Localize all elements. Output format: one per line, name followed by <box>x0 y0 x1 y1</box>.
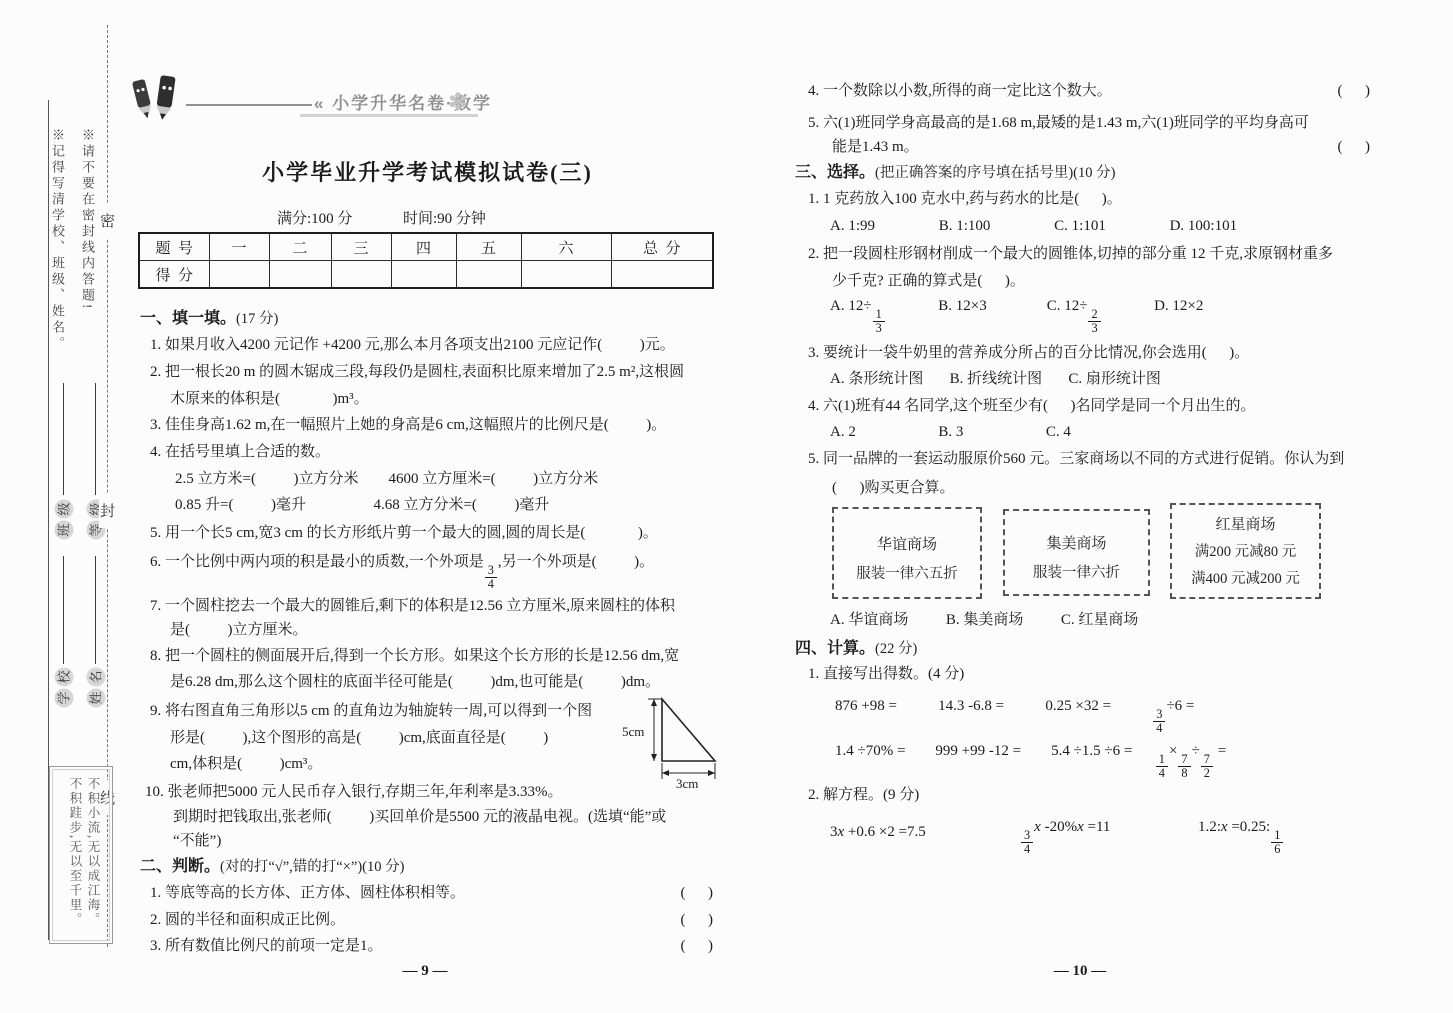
fill-q1: 1. 如果月收入4200 元记作 +4200 元,那么本月各项支出2100 元应… <box>150 336 675 355</box>
judge-q5-paren: ( ) <box>1338 138 1371 157</box>
choice-q5-line1: 5. 同一品牌的一套运动服原价560 元。三家商场以不同的方式进行促销。你认为到 <box>808 450 1344 469</box>
shop-jimei-offer: 服装一律六折 <box>1005 561 1148 582</box>
score-row-label: 得 分 <box>139 261 209 289</box>
motto-text: 不积小流,无以成江海。 不积跬步,无以至千里。 <box>50 767 112 943</box>
fill-q7-line2: 是( )立方厘米。 <box>170 621 308 640</box>
judge-q4: 4. 一个数除以小数,所得的商一定比这个数大。( ) <box>808 82 1370 101</box>
choice-q2-line1: 2. 把一段圆柱形钢材削成一个最大的圆锥体,切掉的部分重 12 千克,求原钢材重… <box>808 245 1333 264</box>
figure-height-label: 5cm <box>622 724 644 739</box>
fill-q5: 5. 用一个长5 cm,宽3 cm 的长方形纸片剪一个最大的圆,圆的周长是( )… <box>150 524 658 543</box>
seal-char-mi: 密 <box>99 203 116 238</box>
judge-q3-text: 3. 所有数值比例尺的前项一定是1。 <box>150 937 383 956</box>
shop-coupon-jimei: 集美商场 服装一律六折 <box>1003 509 1150 596</box>
equation-3: 1.2:x =0.25:16 <box>1198 818 1284 856</box>
fill-q9-line1: 9. 将右图直角三角形以5 cm 的直角边为轴旋转一周,可以得到一个图 <box>150 702 592 721</box>
score-col-total: 总 分 <box>611 233 713 261</box>
section2-title: 二、判断。 <box>140 858 220 875</box>
duration-text: 时间:90 分钟 <box>403 210 486 229</box>
fill-q10-line1: 10. 张老师把5000 元人民币存入银行,存期三年,年利率是3.33%。 <box>145 783 563 802</box>
name-fill-line <box>95 556 96 664</box>
fill-q3: 3. 佳佳身高1.62 m,在一幅照片上她的身高是6 cm,这幅照片的比例尺是(… <box>150 416 666 435</box>
section3-title: 三、选择。 <box>795 164 875 181</box>
motto-box: 不积小流,无以成江海。 不积跬步,无以至千里。 <box>49 766 113 944</box>
exam-paper-scan: ※请不要在密封线内答题! ※记得写清学校、班级、姓名。 班级 等级 学校 姓名 … <box>0 0 1453 1013</box>
section2-note: (对的打“√”,错的打“×”)(10 分) <box>220 859 404 875</box>
choice-q2-options: A. 12÷13 B. 12×3 C. 12÷23 D. 12×2 <box>830 297 1203 335</box>
score-col-1: 一 <box>209 233 269 261</box>
name-label: 姓名 <box>87 667 106 709</box>
equation-1: 3x +0.6 ×2 =7.5 <box>830 823 926 842</box>
section1-title: 一、填一填。 <box>140 310 236 327</box>
school-fill-line <box>63 556 64 664</box>
school-label: 学校 <box>55 667 74 709</box>
choice-q5-line2: ( )购买更合算。 <box>832 479 955 498</box>
header-rule-dark <box>186 104 312 106</box>
shop-coupon-hongxing: 红星商场 满200 元减80 元 满400 元减200 元 <box>1170 503 1321 599</box>
fill-q10-line2: 到期时把钱取出,张老师( )买回单价是5500 元的液晶电视。(选填“能”或 <box>173 808 666 827</box>
choice-q1: 1. 1 克药放入100 克水中,药与药水的比是( )。 <box>808 190 1122 209</box>
judge-q5-text: 能是1.43 m。 <box>832 138 919 157</box>
shop-hongxing-offer-2: 满400 元减200 元 <box>1172 567 1319 588</box>
solve-equation-heading: 2. 解方程。(9 分) <box>808 786 919 805</box>
fill-q10-line3: “不能”) <box>173 832 221 851</box>
motto-line-2: 不积跬步,无以至千里。 <box>66 777 84 933</box>
section2-heading: 二、判断。(对的打“√”,错的打“×”)(10 分) <box>140 857 404 877</box>
shop-hongxing-offer-1: 满200 元减80 元 <box>1172 540 1319 561</box>
choice-q3: 3. 要统计一袋牛奶里的营养成分所占的百分比情况,你会选用( )。 <box>808 344 1249 363</box>
section3-note: (把正确答案的序号填在括号里)(10 分) <box>875 165 1115 181</box>
figure-base-label: 3cm <box>676 776 698 791</box>
page-number-9: — 9 — <box>140 962 710 981</box>
section4-points: (22 分) <box>875 641 917 657</box>
score-cell <box>209 261 269 289</box>
fill-q7-line1: 7. 一个圆柱挖去一个最大的圆锥后,剩下的体积是12.56 立方厘米,原来圆柱的… <box>150 597 675 616</box>
section4-title: 四、计算。 <box>795 640 875 657</box>
score-col-2: 二 <box>269 233 331 261</box>
choice-q4: 4. 六(1)班有44 名同学,这个班至少有( )名同学是同一个月出生的。 <box>808 397 1255 416</box>
flower-decoration-icon: ✽ <box>448 88 468 117</box>
fill-q8-line1: 8. 把一个圆柱的侧面展开后,得到一个长方形。如果这个长方形的长是12.56 d… <box>150 647 679 666</box>
judge-q1-text: 1. 等底等高的长方体、正方体、圆柱体积相等。 <box>150 884 465 903</box>
fill-q4: 4. 在括号里填上合适的数。 <box>150 443 330 462</box>
score-cell <box>391 261 456 289</box>
calc-direct-row2: 1.4 ÷70% = 999 +99 -12 = 5.4 ÷1.5 ÷6 = 1… <box>835 742 1226 780</box>
score-col-3: 三 <box>331 233 391 261</box>
section1-heading: 一、填一填。(17 分) <box>140 309 278 329</box>
fill-q2-line1: 2. 把一根长20 m 的圆木锯成三段,每段仍是圆柱,表面积比原来增加了2.5 … <box>150 363 684 382</box>
shop-huayi-offer: 服装一律六五折 <box>834 562 980 583</box>
score-col-label: 题 号 <box>139 233 209 261</box>
judge-q3-paren: ( ) <box>681 937 714 956</box>
section4-heading: 四、计算。(22 分) <box>795 639 917 659</box>
full-score-text: 满分:100 分 <box>277 210 352 229</box>
score-table-header-row: 题 号 一 二 三 四 五 六 总 分 <box>139 233 713 261</box>
fill-q4-conversions-2: 0.85 升=( )毫升 4.68 立方分米=( )毫升 <box>175 496 549 515</box>
judge-q5-line1: 5. 六(1)班同学身高最高的是1.68 m,最矮的是1.43 m,六(1)班同… <box>808 114 1309 133</box>
calc-direct-row1: 876 +98 = 14.3 -6.8 = 0.25 ×32 = 34÷6 = <box>835 697 1194 735</box>
class-label: 班级 <box>55 499 74 541</box>
seal-warning-text: ※请不要在密封线内答题! <box>78 128 97 398</box>
equation-2: 34x -20%x =11 <box>1020 818 1110 856</box>
judge-q4-text: 4. 一个数除以小数,所得的商一定比这个数大。 <box>808 82 1112 101</box>
section1-points: (17 分) <box>236 311 278 327</box>
choice-q1-options: A. 1:99 B. 1:100 C. 1:101 D. 100:101 <box>830 217 1237 236</box>
score-cell <box>331 261 391 289</box>
shop-huayi-name: 华谊商场 <box>834 533 980 554</box>
shop-jimei-name: 集美商场 <box>1005 532 1148 553</box>
fill-q2-line2: 木原来的体积是( )m³。 <box>170 390 369 409</box>
calc-direct-heading: 1. 直接写出得数。(4 分) <box>808 665 964 684</box>
fill-q9-line3: cm,体积是( )cm³。 <box>170 755 322 774</box>
score-cell <box>521 261 611 289</box>
page-number-10: — 10 — <box>800 962 1360 981</box>
motto-line-1: 不积小流,无以成江海。 <box>84 777 102 933</box>
score-cell <box>611 261 713 289</box>
fill-q6: 6. 一个比例中两内项的积是最小的质数,一个外项是34,另一个外项是( )。 <box>150 553 654 591</box>
shop-hongxing-name: 红星商场 <box>1172 513 1319 534</box>
write-info-text: ※记得写清学校、班级、姓名。 <box>48 128 67 398</box>
judge-q4-paren: ( ) <box>1338 82 1371 101</box>
score-table: 题 号 一 二 三 四 五 六 总 分 得 分 <box>138 232 714 289</box>
score-col-6: 六 <box>521 233 611 261</box>
section3-heading: 三、选择。(把正确答案的序号填在括号里)(10 分) <box>795 163 1115 183</box>
class-fill-line <box>63 383 64 495</box>
choice-q4-options: A. 2 B. 3 C. 4 <box>830 423 1071 442</box>
choice-q2-line2: 少千克? 正确的算式是( )。 <box>832 272 1025 291</box>
seal-char-feng: 封 <box>99 493 116 528</box>
judge-q3: 3. 所有数值比例尺的前项一定是1。( ) <box>150 937 713 956</box>
score-table-score-row: 得 分 <box>139 261 713 289</box>
judge-q2-text: 2. 圆的半径和面积成正比例。 <box>150 911 345 930</box>
pencil-mascots-icon <box>128 74 190 122</box>
shop-coupon-huayi: 华谊商场 服装一律六五折 <box>832 507 982 599</box>
right-triangle-figure: 5cm 3cm <box>620 695 750 791</box>
judge-q2-paren: ( ) <box>681 911 714 930</box>
score-cell <box>269 261 331 289</box>
fill-q8-line2: 是6.28 dm,那么这个圆柱的底面半径可能是( )dm,也可能是( )dm。 <box>170 673 660 692</box>
score-col-5: 五 <box>456 233 521 261</box>
choice-q5-options: A. 华谊商场 B. 集美商场 C. 红星商场 <box>830 611 1138 630</box>
score-col-4: 四 <box>391 233 456 261</box>
choice-q3-options: A. 条形统计图 B. 折线统计图 C. 扇形统计图 <box>830 370 1161 389</box>
judge-q1: 1. 等底等高的长方体、正方体、圆柱体积相等。( ) <box>150 884 713 903</box>
paper-title: 小学毕业升学考试模拟试卷(三) <box>140 156 715 187</box>
fill-q4-conversions-1: 2.5 立方米=( )立方分米 4600 立方厘米=( )立方分米 <box>175 470 598 489</box>
grade-fill-line <box>95 383 96 495</box>
score-cell <box>456 261 521 289</box>
judge-q2: 2. 圆的半径和面积成正比例。( ) <box>150 911 713 930</box>
fill-q9-line2: 形是( ),这个图形的高是( )cm,底面直径是( ) <box>170 729 548 748</box>
judge-q1-paren: ( ) <box>681 884 714 903</box>
judge-q5-line2: 能是1.43 m。( ) <box>832 138 1370 157</box>
